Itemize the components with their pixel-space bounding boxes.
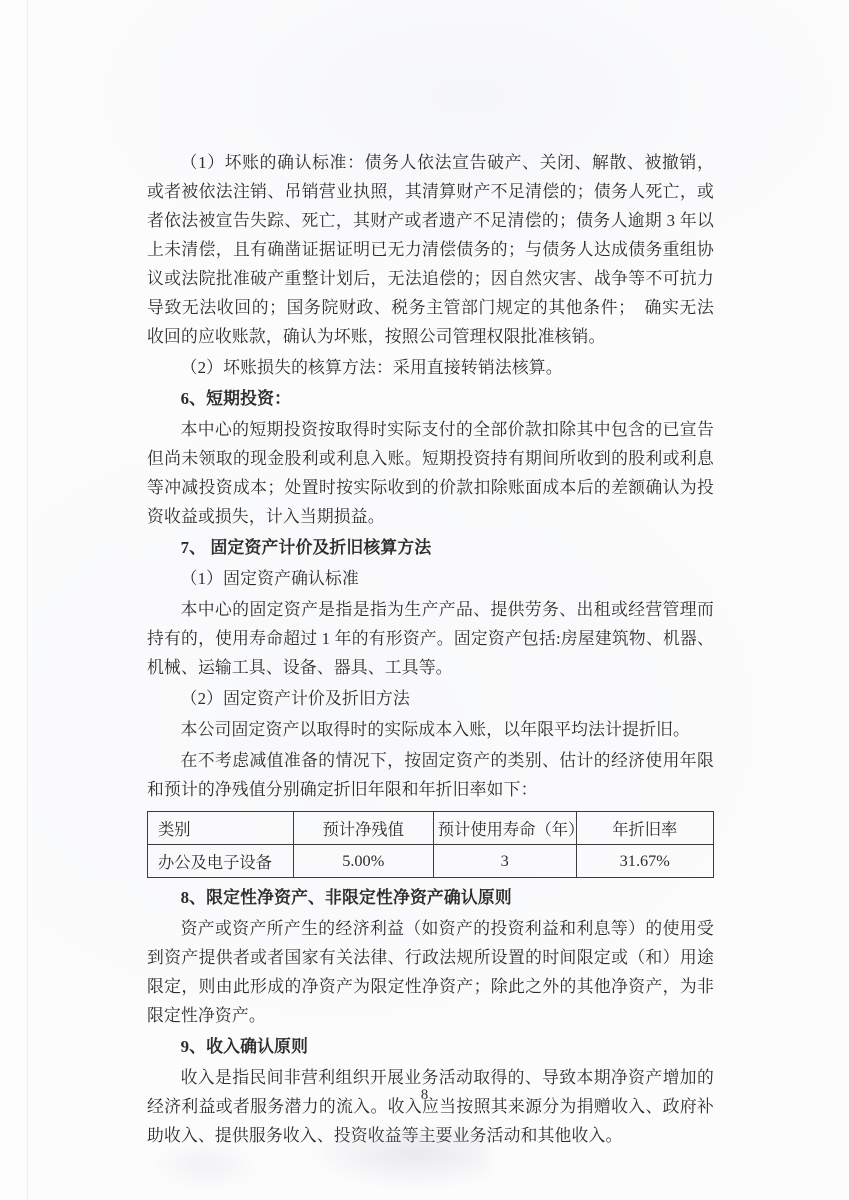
document-body: （1）坏账的确认标准：债务人依法宣告破产、关闭、解散、被撤销，或者被依法注销、吊… <box>147 146 714 1150</box>
page-number: 8 <box>0 1087 849 1104</box>
table-header-useful-life: 预计使用寿命（年） <box>433 812 576 845</box>
table-cell-depreciation-rate: 31.67% <box>576 845 713 878</box>
table-cell-residual-value: 5.00% <box>293 845 433 878</box>
scan-smudge <box>305 1128 490 1190</box>
table-cell-category: 办公及电子设备 <box>148 845 294 878</box>
paragraph-depreciation-intro: 在不考虑减值准备的情况下，按固定资产的类别、估计的经济使用年限和预计的净残值分别… <box>147 746 714 804</box>
paragraph-short-term-investment: 本中心的短期投资按取得时实际支付的全部价款扣除其中包含的已宣告但尚未领取的现金股… <box>147 415 714 531</box>
heading-short-term-investment: 6、短期投资： <box>147 384 714 413</box>
depreciation-table-header-row: 类别 预计净残值 预计使用寿命（年） 年折旧率 <box>148 812 714 845</box>
depreciation-table: 类别 预计净残值 预计使用寿命（年） 年折旧率 办公及电子设备 5.00% 3 … <box>147 811 714 878</box>
scan-page-left-edge <box>0 0 28 1200</box>
paragraph-fixed-assets-recognition-body: 本中心的固定资产是指是指为生产产品、提供劳务、出租或经营管理而持有的，使用寿命超… <box>147 595 714 682</box>
paragraph-fixed-assets-valuation-title: （2）固定资产计价及折旧方法 <box>147 684 714 713</box>
table-row: 办公及电子设备 5.00% 3 31.67% <box>148 845 714 878</box>
paragraph-fixed-assets-valuation-body: 本公司固定资产以取得时的实际成本入账，以年限平均法计提折旧。 <box>147 715 714 744</box>
paragraph-bad-debt-method: （2）坏账损失的核算方法：采用直接转销法核算。 <box>147 353 714 382</box>
heading-fixed-assets: 7、 固定资产计价及折旧核算方法 <box>147 533 714 562</box>
table-cell-useful-life: 3 <box>433 845 576 878</box>
paragraph-bad-debt-criteria: （1）坏账的确认标准：债务人依法宣告破产、关闭、解散、被撤销，或者被依法注销、吊… <box>147 148 714 351</box>
table-header-residual-value: 预计净残值 <box>293 812 433 845</box>
heading-revenue: 9、收入确认原则 <box>147 1032 714 1061</box>
table-header-category: 类别 <box>148 812 294 845</box>
paragraph-fixed-assets-recognition-title: （1）固定资产确认标准 <box>147 564 714 593</box>
table-header-depreciation-rate: 年折旧率 <box>576 812 713 845</box>
paragraph-net-assets: 资产或资产所产生的经济利益（如资产的投资利益和利息等）的使用受到资产提供者或者国… <box>147 914 714 1030</box>
scanned-document-page: （1）坏账的确认标准：债务人依法宣告破产、关闭、解散、被撤销，或者被依法注销、吊… <box>0 0 849 1200</box>
heading-net-assets: 8、限定性净资产、非限定性净资产确认原则 <box>147 883 714 912</box>
scan-smudge <box>150 1140 260 1190</box>
